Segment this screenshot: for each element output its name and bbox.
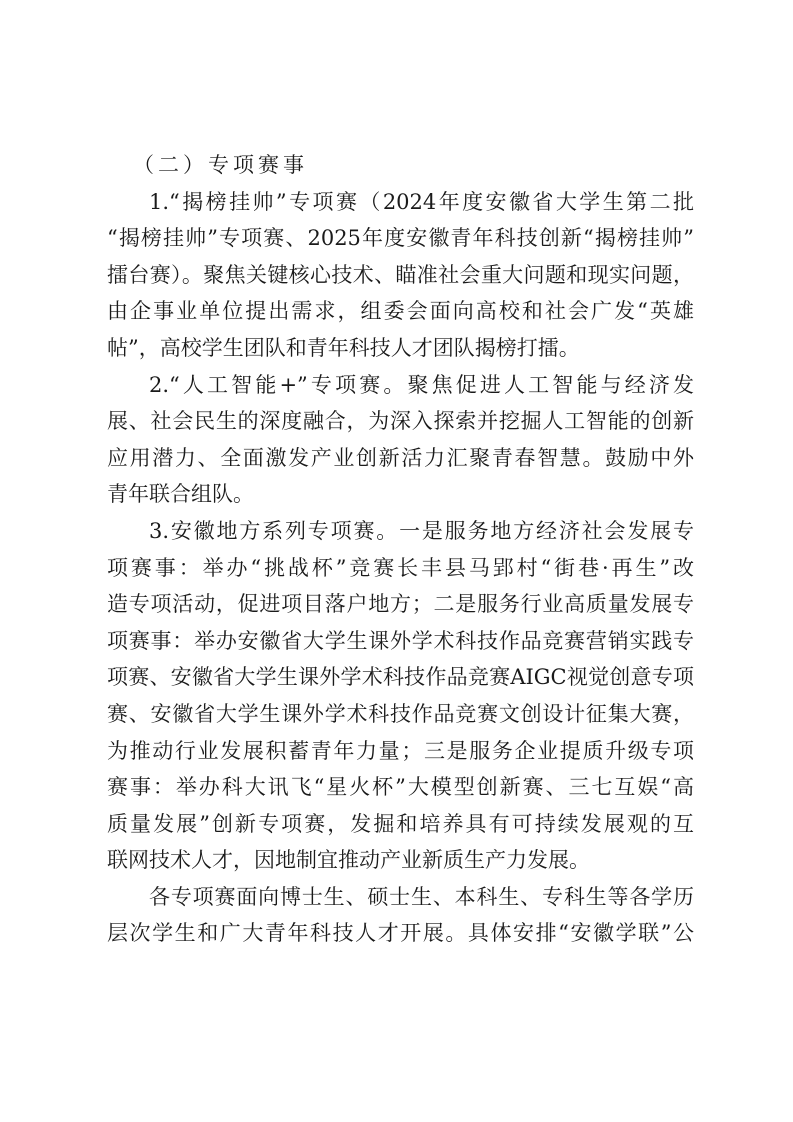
text-line: 为推动行业发展积蓄青年力量；三是服务企业提质升级专项 — [107, 733, 694, 770]
section-heading: （二）专项赛事 — [107, 147, 694, 184]
text-line: 2.“人工智能+”专项赛。聚焦促进人工智能与经济发 — [107, 367, 694, 404]
text-line: 3.安徽地方系列专项赛。一是服务地方经济社会发展专 — [107, 513, 694, 550]
text-line: 项赛事：举办“挑战杯”竞赛长丰县马郢村“街巷·再生”改 — [107, 550, 694, 587]
paragraph-participants: 各专项赛面向博士生、硕士生、本科生、专科生等各学历 层次学生和广大青年科技人才开… — [107, 879, 694, 952]
paragraph-anhui-local: 3.安徽地方系列专项赛。一是服务地方经济社会发展专 项赛事：举办“挑战杯”竞赛长… — [107, 513, 694, 879]
text-line: 质量发展”创新专项赛，发掘和培养具有可持续发展观的互 — [107, 806, 694, 843]
text-line: 由企事业单位提出需求，组委会面向高校和社会广发“英雄 — [107, 293, 694, 330]
text-line: 青年联合组队。 — [107, 476, 694, 513]
text-line: 擂台赛）。聚焦关键核心技术、瞄准社会重大问题和现实问题， — [107, 257, 694, 294]
text-line: 帖”，高校学生团队和青年科技人才团队揭榜打擂。 — [107, 330, 694, 367]
text-line: 造专项活动，促进项目落户地方；二是服务行业高质量发展专 — [107, 586, 694, 623]
text-line: 项赛、安徽省大学生课外学术科技作品竞赛AIGC视觉创意专项 — [107, 659, 694, 696]
text-line: 联网技术人才，因地制宜推动产业新质生产力发展。 — [107, 842, 694, 879]
paragraph-ai-plus: 2.“人工智能+”专项赛。聚焦促进人工智能与经济发 展、社会民生的深度融合，为深… — [107, 367, 694, 513]
paragraph-jiebang: 1.“揭榜挂帅”专项赛（2024年度安徽省大学生第二批 “揭榜挂帅”专项赛、20… — [107, 184, 694, 367]
text-line: “揭榜挂帅”专项赛、2025年度安徽青年科技创新“揭榜挂帅” — [107, 220, 694, 257]
document-page: （二）专项赛事 1.“揭榜挂帅”专项赛（2024年度安徽省大学生第二批 “揭榜挂… — [0, 0, 793, 1122]
text-line: 赛、安徽省大学生课外学术科技作品竞赛文创设计征集大赛， — [107, 696, 694, 733]
text-line: 项赛事：举办安徽省大学生课外学术科技作品竞赛营销实践专 — [107, 623, 694, 660]
text-line: 1.“揭榜挂帅”专项赛（2024年度安徽省大学生第二批 — [107, 184, 694, 221]
text-line: 各专项赛面向博士生、硕士生、本科生、专科生等各学历 — [107, 879, 694, 916]
text-line: 赛事：举办科大讯飞“星火杯”大模型创新赛、三七互娱“高 — [107, 769, 694, 806]
text-line: 层次学生和广大青年科技人才开展。具体安排“安徽学联”公 — [107, 915, 694, 952]
text-line: 展、社会民生的深度融合，为深入探索并挖掘人工智能的创新 — [107, 403, 694, 440]
document-body: （二）专项赛事 1.“揭榜挂帅”专项赛（2024年度安徽省大学生第二批 “揭榜挂… — [107, 147, 694, 952]
text-line: 应用潜力、全面激发产业创新活力汇聚青春智慧。鼓励中外 — [107, 440, 694, 477]
